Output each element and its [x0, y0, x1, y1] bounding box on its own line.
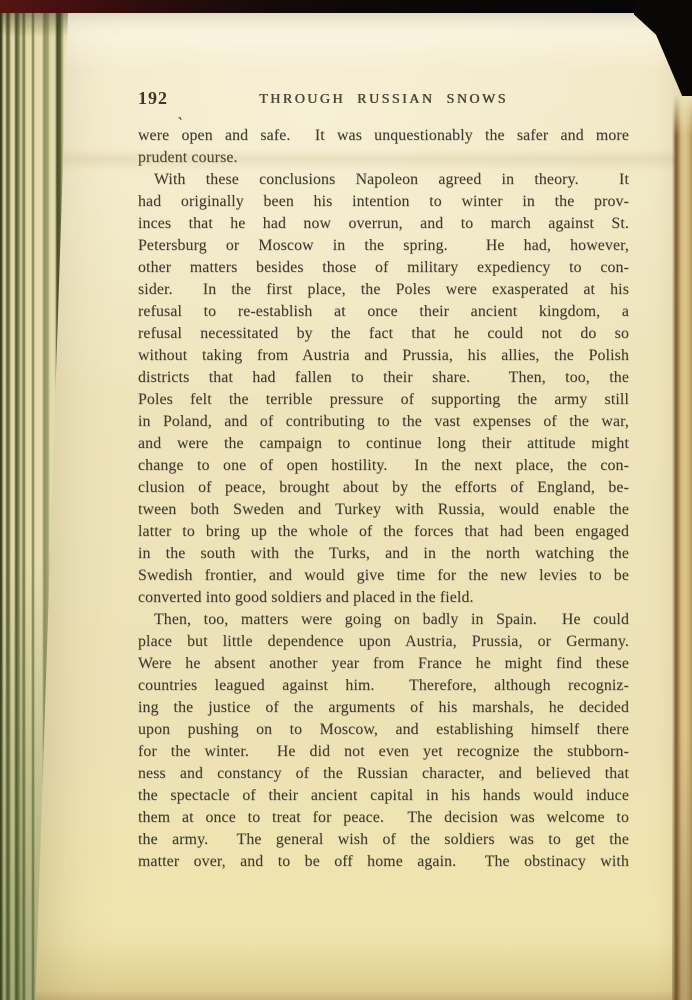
- text-line: Then, too, matters were going on badly i…: [138, 609, 629, 631]
- text-line: for the winter. He did not even yet reco…: [138, 741, 629, 763]
- text-line: ing the justice of the arguments of his …: [138, 697, 629, 719]
- text-line: upon pushing on to Moscow, and establish…: [138, 719, 629, 741]
- text-line: in the south with the Turks, and in the …: [138, 543, 629, 565]
- text-line: refusal to re-establish at once their an…: [138, 301, 629, 323]
- text-line: sider. In the first place, the Poles wer…: [138, 279, 629, 301]
- text-line: With these conclusions Napoleon agreed i…: [138, 169, 629, 191]
- text-line: change to one of open hostility. In the …: [138, 455, 629, 477]
- text-line: ness and constancy of the Russian charac…: [138, 763, 629, 785]
- page-header: 192 THROUGH RUSSIAN SNOWS: [138, 88, 629, 112]
- text-line: Swedish frontier, and would give time fo…: [138, 565, 629, 587]
- text-line: matter over, and to be off home again. T…: [138, 851, 629, 873]
- book-page: 192 THROUGH RUSSIAN SNOWS ` were open an…: [0, 11, 692, 1000]
- text-line: prudent course.: [138, 147, 629, 169]
- paragraph: were open and safe. It was unquestionabl…: [138, 125, 629, 169]
- text-line: Were he absent another year from France …: [138, 653, 629, 675]
- paragraph: With these conclusions Napoleon agreed i…: [138, 169, 629, 609]
- text-line: inces that he had now overrun, and to ma…: [138, 213, 629, 235]
- text-line: had originally been his intention to win…: [138, 191, 629, 213]
- page-number: 192: [138, 88, 168, 109]
- running-title: THROUGH RUSSIAN SNOWS: [138, 88, 629, 108]
- text-line: Petersburg or Moscow in the spring. He h…: [138, 235, 629, 257]
- book-photo: 192 THROUGH RUSSIAN SNOWS ` were open an…: [0, 0, 692, 1000]
- text-line: in Poland, and of contributing to the va…: [138, 411, 629, 433]
- text-line: were open and safe. It was unquestionabl…: [138, 125, 629, 147]
- fore-edge-strip: [672, 96, 692, 1000]
- text-line: and were the campaign to continue long t…: [138, 433, 629, 455]
- text-line: countries leagued against him. Therefore…: [138, 675, 629, 697]
- text-line: the army. The general wish of the soldie…: [138, 829, 629, 851]
- text-line: other matters besides those of military …: [138, 257, 629, 279]
- page-body-text: were open and safe. It was unquestionabl…: [138, 125, 629, 873]
- paragraph: Then, too, matters were going on badly i…: [138, 609, 629, 873]
- text-line: without taking from Austria and Prussia,…: [138, 345, 629, 367]
- text-line: districts that had fallen to their share…: [138, 367, 629, 389]
- text-line: tween both Sweden and Turkey with Russia…: [138, 499, 629, 521]
- text-line: latter to bring up the whole of the forc…: [138, 521, 629, 543]
- text-line: them at once to treat for peace. The dec…: [138, 807, 629, 829]
- text-line: clusion of peace, brought about by the e…: [138, 477, 629, 499]
- text-line: refusal necessitated by the fact that he…: [138, 323, 629, 345]
- text-line: the spectacle of their ancient capital i…: [138, 785, 629, 807]
- text-line: place but little dependence upon Austria…: [138, 631, 629, 653]
- text-line: Poles felt the terrible pressure of supp…: [138, 389, 629, 411]
- cover-top-edge: [0, 0, 692, 13]
- text-line: converted into good soldiers and placed …: [138, 587, 629, 609]
